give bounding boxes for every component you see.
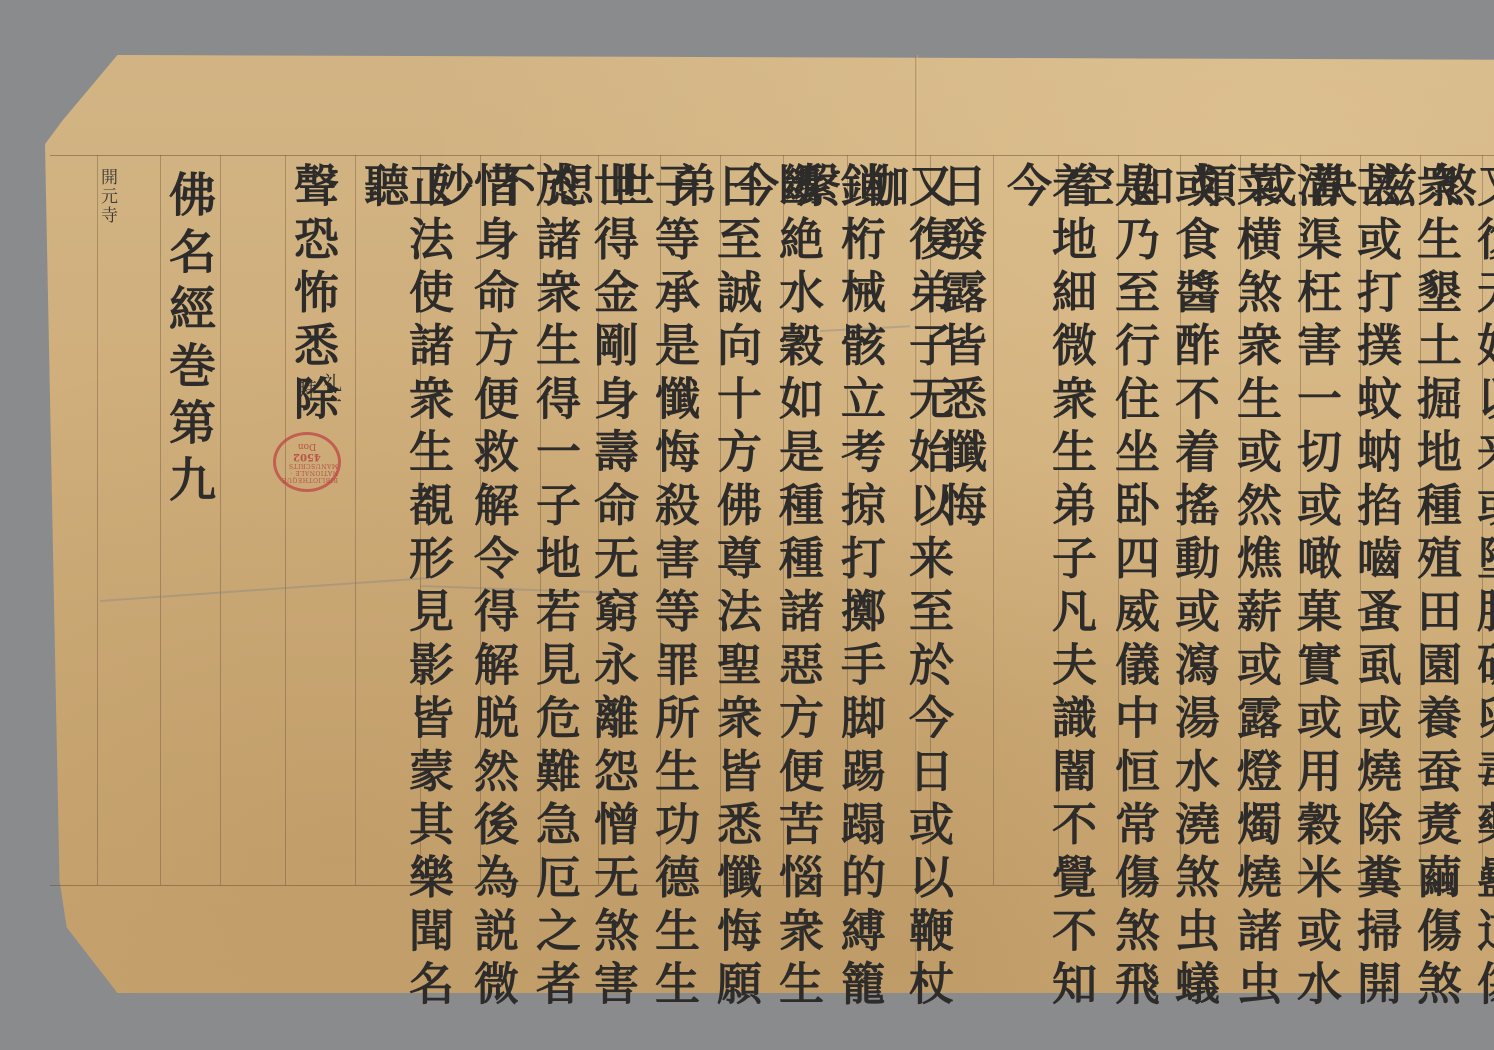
side-note: 開元寺 [98,168,115,225]
seal-ring-text: BIBLIOTHEQUE NATIONALE · MANUSCRITS [276,462,338,483]
library-seal: BIBLIOTHEQUE NATIONALE · MANUSCRITS 4502… [273,432,341,492]
text-column-18: 正法使諸衆生覩形見影皆蒙其樂聞名聽 [360,162,450,1050]
column-divider [220,155,221,885]
column-divider [97,155,98,885]
scroll-title: 佛名經巻第九 [165,170,212,512]
annotation-line-a: 礼一 [318,373,345,411]
annotation-line-b: 拜 [293,380,320,399]
seal-label: Don [298,441,316,451]
seal-number: 4502 [293,451,321,462]
column-divider [355,155,356,885]
top-frame-line [50,155,1494,156]
text-column-8: 着地細微衆生弟子凡夫識闇不覺不知今 [1003,162,1093,1050]
column-divider [993,155,994,885]
